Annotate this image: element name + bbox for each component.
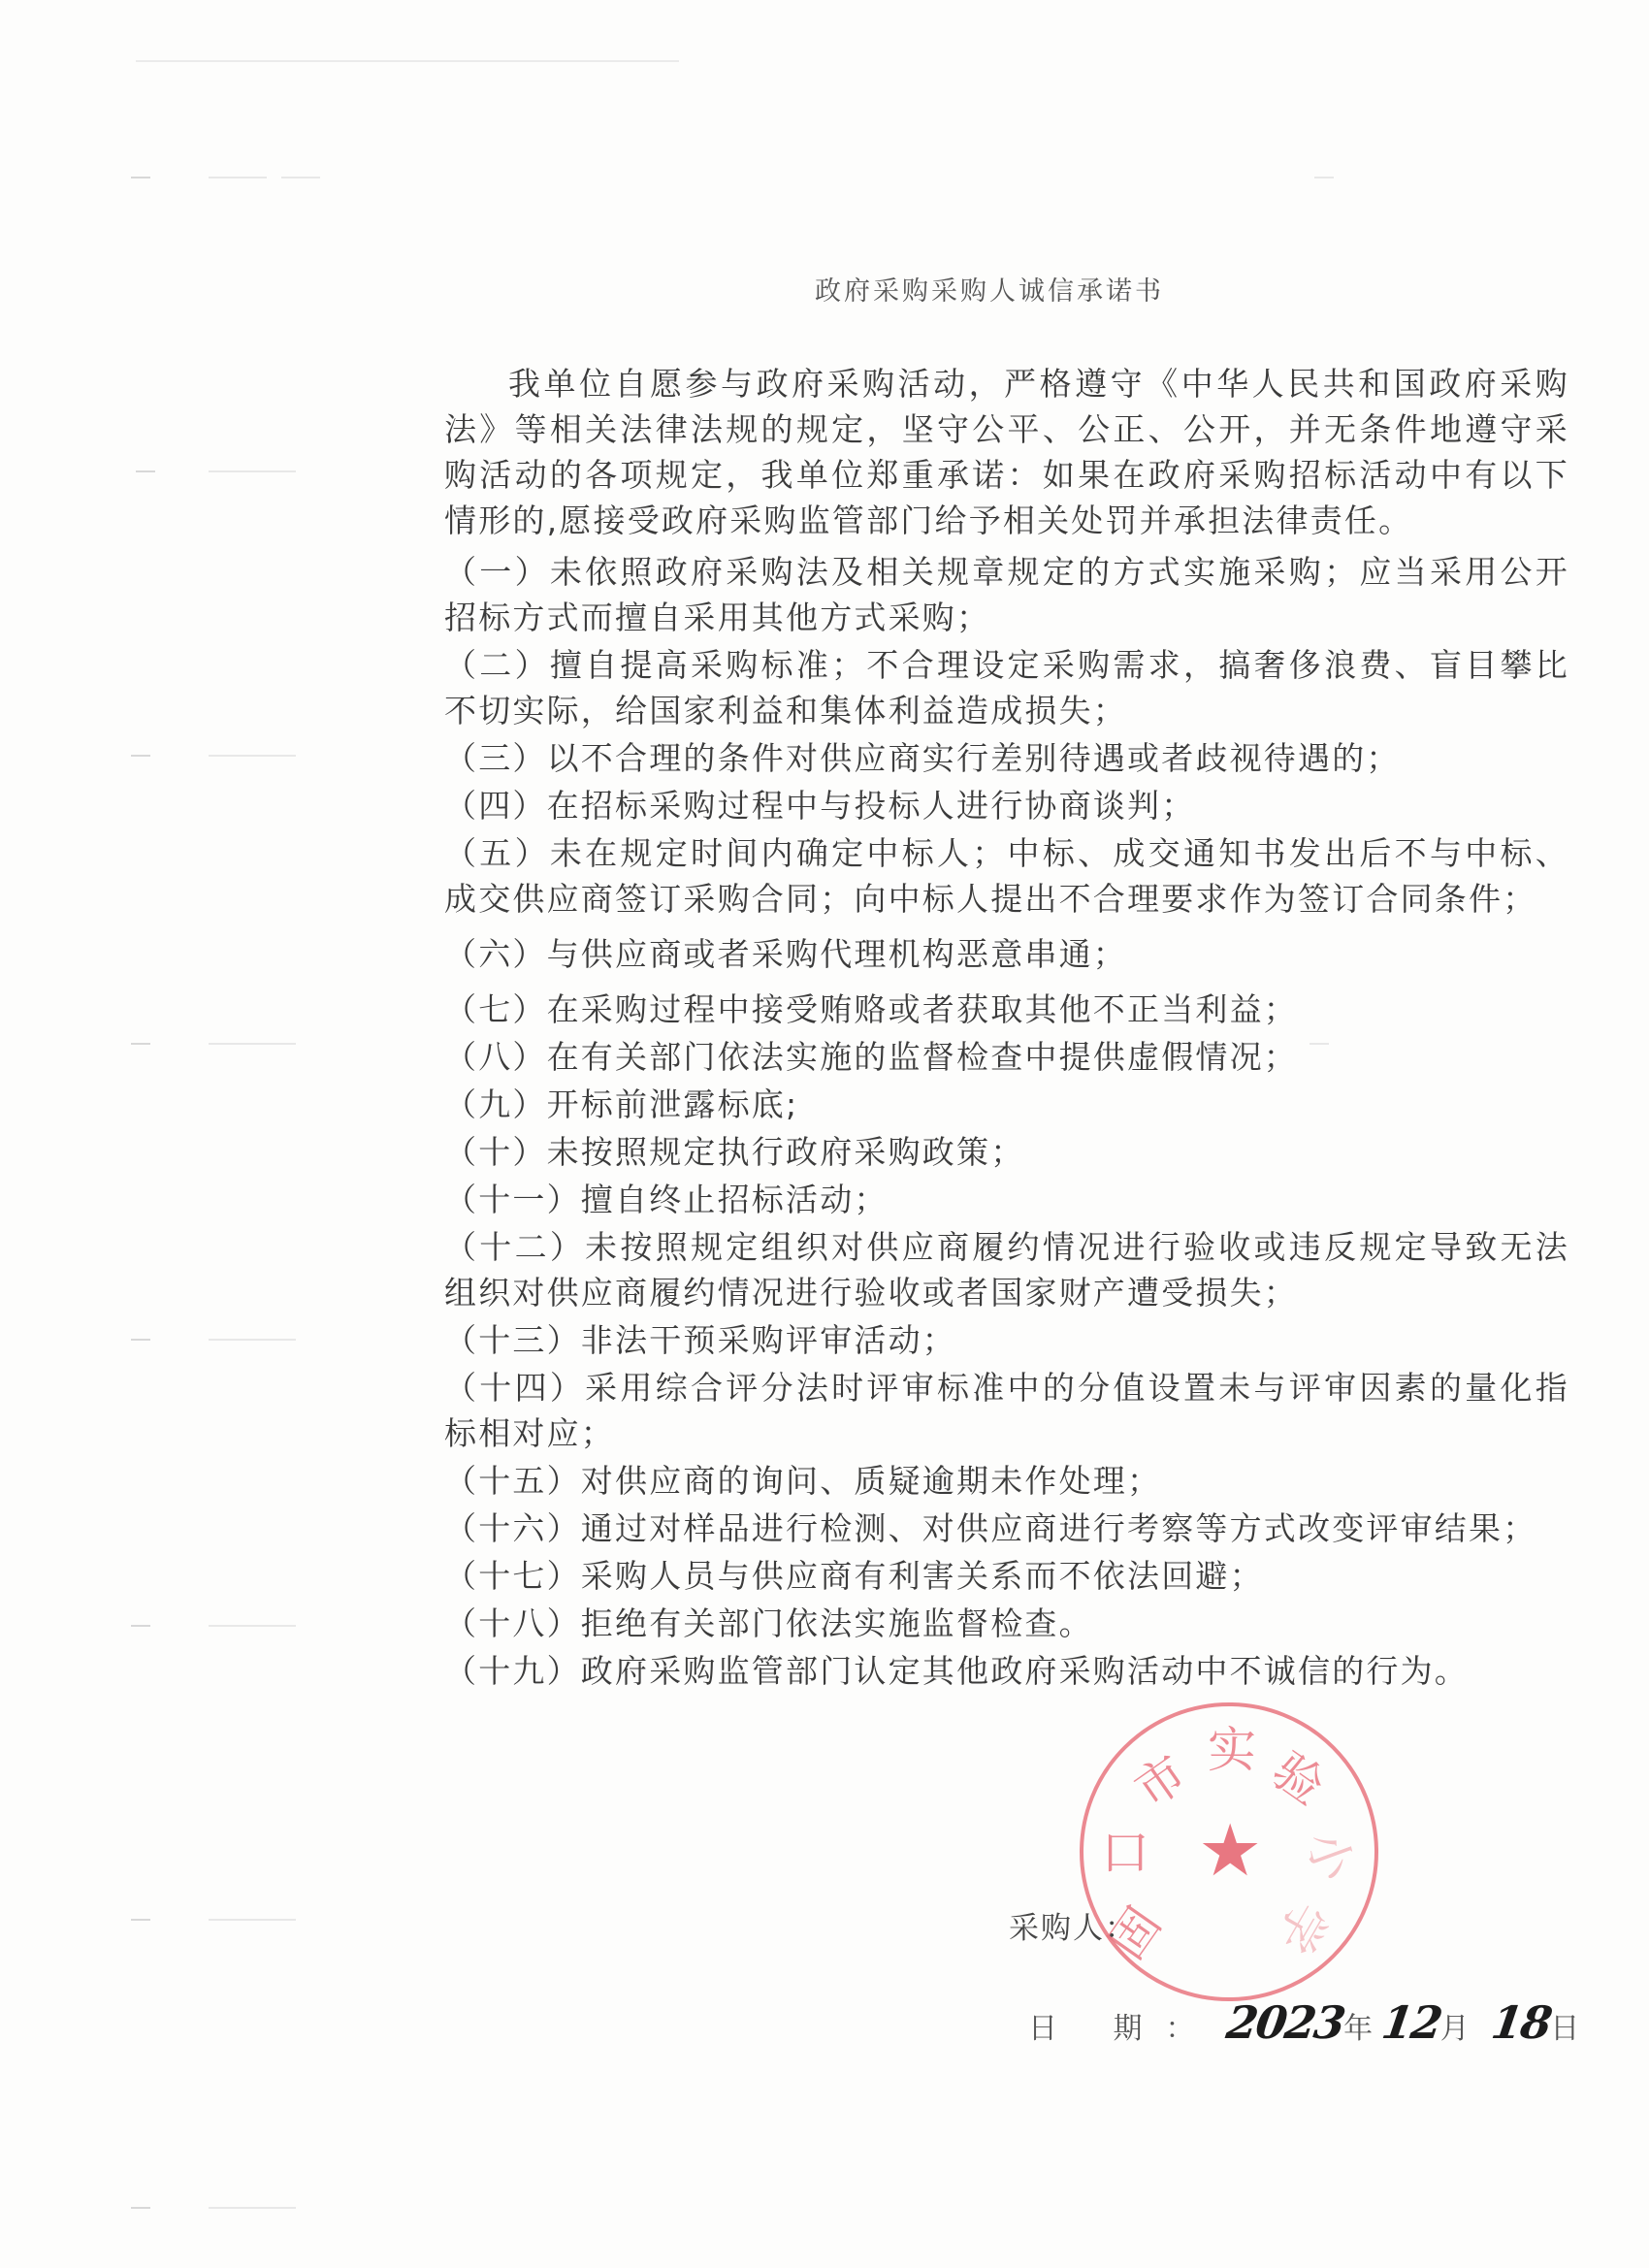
- signature-date: 日 期： 2023年 12月 18日: [1028, 1996, 1579, 2049]
- list-item: （十二）未按照规定组织对供应商履约情况进行验收或违反规定导致无法组织对供应商履约…: [444, 1224, 1569, 1315]
- seal-char: 验: [1262, 1741, 1334, 1815]
- official-seal: 固 口 市 实 验 小 学 ★: [1080, 1702, 1378, 2001]
- list-item: （十一）擅自终止招标活动；: [444, 1177, 1569, 1222]
- list-item: （十）未按照规定执行政府采购政策；: [444, 1129, 1569, 1175]
- list-item: （十九）政府采购监管部门认定其他政府采购活动中不诚信的行为。: [444, 1648, 1569, 1694]
- scan-noise: [0, 2207, 1649, 2211]
- day-unit: 日: [1550, 2012, 1579, 2046]
- list-item: （十四）采用综合评分法时评审标准中的分值设置未与评审因素的量化指标相对应；: [444, 1365, 1569, 1456]
- purchaser-label: 采购人：: [1009, 1903, 1137, 1947]
- handwritten-month: 12: [1378, 1996, 1444, 2049]
- list-item: （十八）拒绝有关部门依法实施监督检查。: [444, 1601, 1569, 1646]
- scan-noise: [0, 1919, 1649, 1923]
- commitment-list: （一）未依照政府采购法及相关规章规定的方式实施采购；应当采用公开招标方式而擅自采…: [444, 549, 1569, 1694]
- handwritten-day: 18: [1488, 1996, 1554, 2049]
- year-unit: 年: [1343, 2012, 1373, 2046]
- scanned-document-page: 政府采购采购人诚信承诺书 我单位自愿参与政府采购活动，严格遵守《中华人民共和国政…: [0, 0, 1649, 2268]
- document-body: 我单位自愿参与政府采购活动，严格遵守《中华人民共和国政府采购法》等相关法律法规的…: [444, 361, 1569, 1696]
- handwritten-year: 2023: [1223, 1996, 1347, 2049]
- seal-char: 口: [1101, 1825, 1149, 1881]
- scan-noise: [0, 177, 1649, 180]
- list-item: （一）未依照政府采购法及相关规章规定的方式实施采购；应当采用公开招标方式而擅自采…: [444, 549, 1569, 640]
- list-item: （六）与供应商或者采购代理机构恶意串通；: [444, 931, 1569, 977]
- scan-noise: [0, 60, 1649, 64]
- seal-char: 小: [1295, 1824, 1365, 1890]
- seal-char: 市: [1125, 1745, 1197, 1819]
- seal-char: 学: [1265, 1893, 1338, 1962]
- list-item: （五）未在规定时间内确定中标人；中标、成交通知书发出后不与中标、成交供应商签订采…: [444, 830, 1569, 922]
- list-item: （三）以不合理的条件对供应商实行差别待遇或者歧视待遇的；: [444, 735, 1569, 781]
- document-title: 政府采购采购人诚信承诺书: [815, 270, 1222, 308]
- date-label: 日 期：: [1028, 2012, 1218, 2046]
- list-item: （十三）非法干预采购评审活动；: [444, 1317, 1569, 1363]
- list-item: （九）开标前泄露标底;: [444, 1082, 1569, 1127]
- month-unit: 月: [1440, 2012, 1470, 2046]
- intro-paragraph: 我单位自愿参与政府采购活动，严格遵守《中华人民共和国政府采购法》等相关法律法规的…: [444, 361, 1569, 543]
- list-item: （四）在招标采购过程中与投标人进行协商谈判；: [444, 783, 1569, 828]
- list-item: （二）擅自提高采购标准；不合理设定采购需求，搞奢侈浪费、盲目攀比不切实际，给国家…: [444, 642, 1569, 733]
- list-item: （十七）采购人员与供应商有利害关系而不依法回避；: [444, 1553, 1569, 1599]
- seal-char: 实: [1208, 1722, 1256, 1778]
- list-item: （十六）通过对样品进行检测、对供应商进行考察等方式改变评审结果；: [444, 1506, 1569, 1551]
- list-item: （十五）对供应商的询问、质疑逾期未作处理；: [444, 1458, 1569, 1504]
- list-item: （八）在有关部门依法实施的监督检查中提供虚假情况；: [444, 1034, 1569, 1080]
- star-icon: ★: [1198, 1815, 1262, 1887]
- list-item: （七）在采购过程中接受贿赂或者获取其他不正当利益；: [444, 987, 1569, 1032]
